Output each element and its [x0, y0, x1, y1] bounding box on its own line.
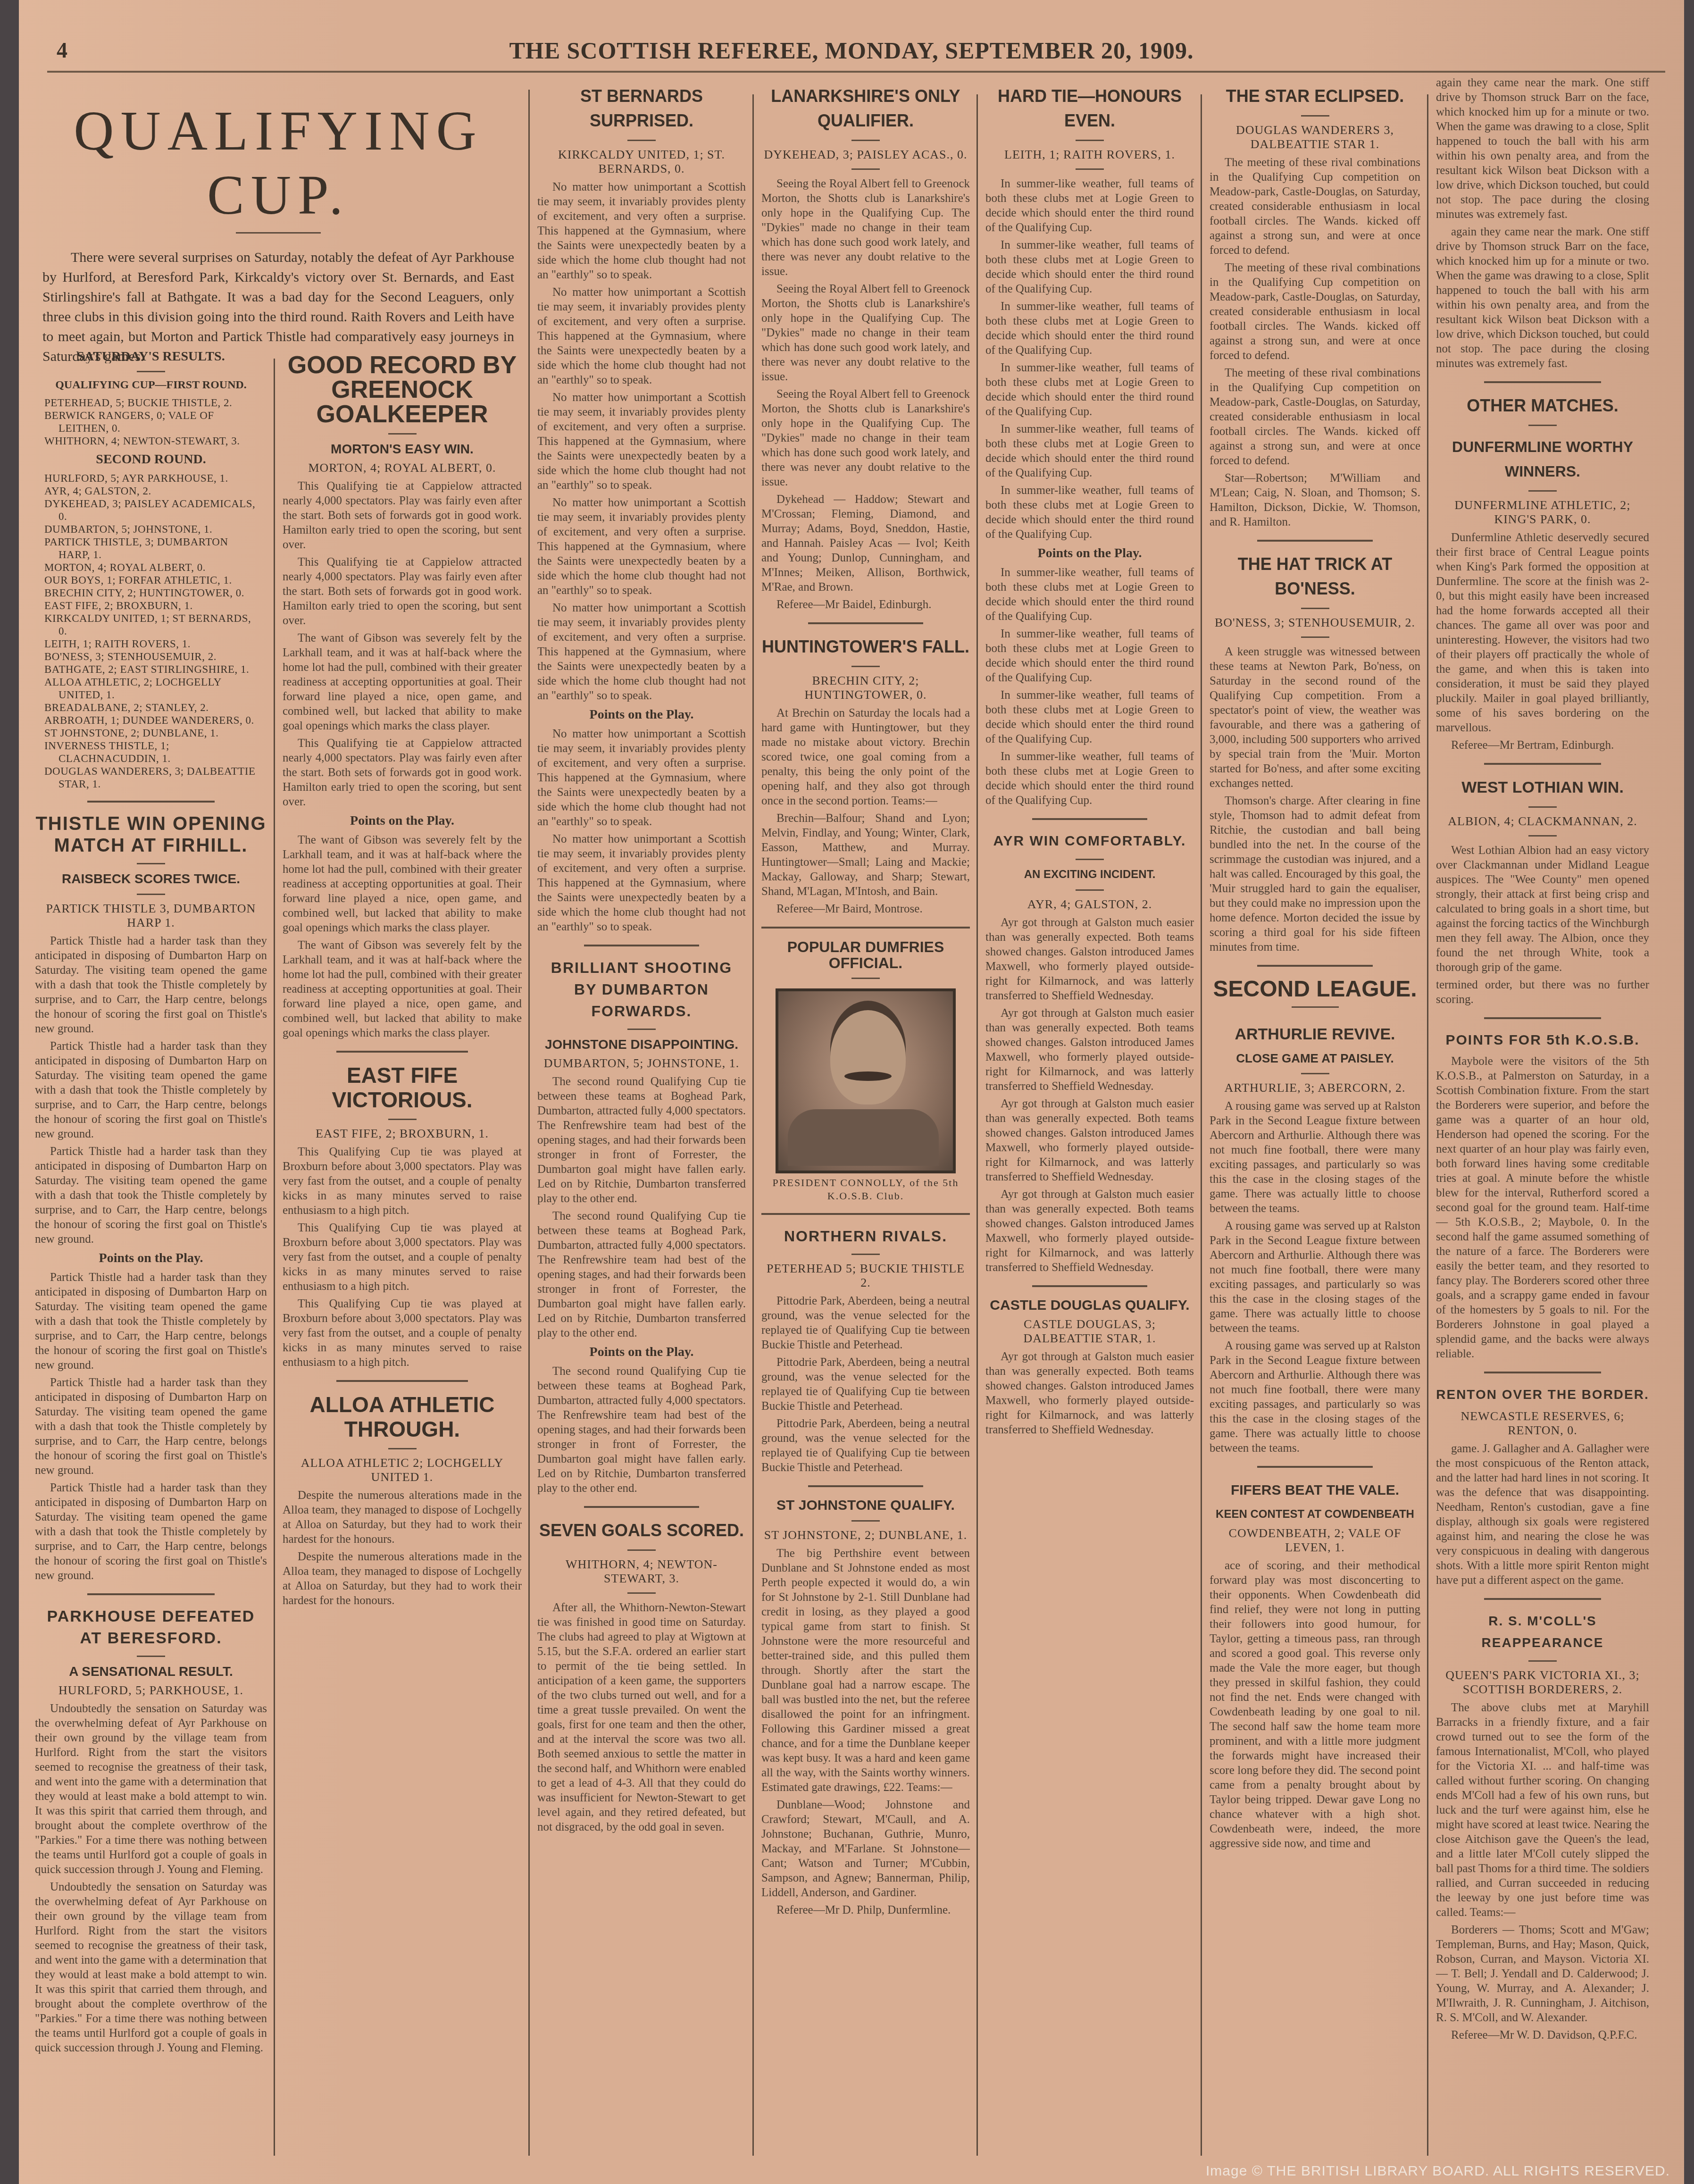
result-line: BERWICK RANGERS, 0; VALE OF LEITHEN, 0.	[40, 409, 262, 435]
eastfife-article: This Qualifying Cup tie was played at Br…	[283, 1145, 522, 1218]
renton-score: NEWCASTLE RESERVES, 6; RENTON, 0.	[1436, 1409, 1649, 1438]
photo-coat	[788, 1109, 939, 1166]
column-divider	[274, 359, 275, 2156]
parkhouse-article-cont: Undoubtedly the sensation on Saturday wa…	[35, 1880, 267, 2055]
divider	[1301, 1073, 1329, 1074]
dunfermline-score: DUNFERMLINE ATHLETIC, 2; KING'S PARK, 0.	[1436, 498, 1649, 527]
boness-article: A keen struggle was witnessed between th…	[1210, 644, 1420, 791]
masthead: 4 THE SCOTTISH REFEREE, MONDAY, SEPTEMBE…	[47, 28, 1656, 66]
points-article: The want of Gibson was severely felt by …	[283, 938, 522, 1040]
leith-article-cont: In summer-like weather, full teams of bo…	[985, 299, 1194, 358]
points-article: Partick Thistle had a harder task than t…	[35, 1270, 267, 1372]
stjohnstone-teams: Dunblane—Wood; Johnstone and Crawford; S…	[761, 1798, 970, 1900]
divider	[1528, 1660, 1557, 1662]
divider	[1484, 1372, 1602, 1373]
column-divider	[976, 94, 978, 2156]
fifers-score: COWDENBEATH, 2; VALE OF LEVEN, 1.	[1210, 1526, 1420, 1555]
result-line: INVERNESS THISTLE, 1; CLACHNACUDDIN, 1.	[40, 739, 262, 765]
divider	[851, 140, 880, 141]
stbernards-article-cont: No matter how unimportant a Scottish tie…	[537, 390, 746, 493]
divider	[808, 622, 923, 624]
dumbarton-article-cont: The second round Qualifying Cup tie betw…	[537, 1209, 746, 1340]
main-headline: QUALIFYING CUP.	[35, 99, 522, 227]
points-article: No matter how unimportant a Scottish tie…	[537, 727, 746, 829]
divider	[1301, 608, 1329, 609]
result-line: BRECHIN CITY, 2; HUNTINGTOWER, 0.	[40, 586, 262, 599]
column-1: SATURDAY'S RESULTS. QUALIFYING CUP—FIRST…	[28, 344, 274, 2165]
portrait-photo	[776, 988, 956, 1173]
points-article: In summer-like weather, full teams of bo…	[985, 688, 1194, 746]
divider	[87, 1593, 215, 1595]
parkhouse-headline: PARKHOUSE DEFEATED AT BERESFORD.	[35, 1606, 267, 1649]
greenock-article: This Qualifying tie at Cappielow attract…	[283, 479, 522, 552]
divider	[627, 1029, 656, 1030]
thistle-article: Partick Thistle had a harder task than t…	[35, 934, 267, 1036]
castle-douglas-score: CASTLE DOUGLAS, 3; DALBEATTIE STAR, 1.	[985, 1317, 1194, 1346]
points-article: In summer-like weather, full teams of bo…	[985, 565, 1194, 624]
result-line: OUR BOYS, 1; FORFAR ATHLETIC, 1.	[40, 574, 262, 586]
arthurlie-score: ARTHURLIE, 3; ABERCORN, 2.	[1210, 1081, 1420, 1095]
ayr-subheadline: AN EXCITING INCIDENT.	[985, 867, 1194, 883]
greenock-subheadline: MORTON'S EASY WIN.	[283, 441, 522, 457]
alloa-headline: ALLOA ATHLETIC THROUGH.	[283, 1392, 522, 1441]
result-line: BATHGATE, 2; EAST STIRLINGSHIRE, 1.	[40, 663, 262, 676]
divider	[1257, 540, 1373, 542]
west-lothian-score: ALBION, 4; CLACKMANNAN, 2.	[1436, 814, 1649, 828]
west-lothian-article: West Lothian Albion had an easy victory …	[1436, 843, 1649, 975]
stjohnstone-headline: ST JOHNSTONE QUALIFY.	[761, 1498, 970, 1514]
mccoll-article: The above clubs met at Maryhill Barracks…	[1436, 1700, 1649, 1920]
newspaper-title: THE SCOTTISH REFEREE, MONDAY, SEPTEMBER …	[47, 37, 1656, 64]
points-title: Points on the Play.	[537, 1344, 746, 1360]
photo-head	[830, 1010, 906, 1105]
points-article: In summer-like weather, full teams of bo…	[985, 627, 1194, 685]
northern-headline: NORTHERN RIVALS.	[761, 1225, 970, 1247]
greenock-article-cont: The want of Gibson was severely felt by …	[283, 631, 522, 733]
divider	[1528, 806, 1557, 808]
divider	[1528, 835, 1557, 837]
eastfife-article-cont: This Qualifying Cup tie was played at Br…	[283, 1297, 522, 1370]
divider	[336, 1380, 468, 1382]
stjohnstone-referee: Referee—Mr D. Philp, Dunfermline.	[761, 1903, 970, 1917]
alloa-article-cont: Despite the numerous alterations made in…	[283, 1549, 522, 1608]
arthurlie-article: A rousing game was served up at Ralston …	[1210, 1099, 1420, 1216]
alloa-score: ALLOA ATHLETIC 2; LOCHGELLY UNITED 1.	[283, 1456, 522, 1484]
scan-border-right	[1684, 0, 1694, 2184]
stbernards-score: KIRKCALDY UNITED, 1; ST. BERNARDS, 0.	[537, 148, 746, 176]
divider	[851, 978, 880, 979]
divider	[137, 863, 165, 864]
column-2: GOOD RECORD BY GREENOCK GOALKEEPER MORTO…	[276, 344, 528, 2165]
ayr-score: AYR, 4; GALSTON, 2.	[985, 897, 1194, 912]
parkhouse-subheadline: A SENSATIONAL RESULT.	[35, 1664, 267, 1680]
renton-headline: RENTON OVER THE BORDER.	[1436, 1384, 1649, 1406]
divider	[1484, 381, 1602, 383]
column-divider	[528, 90, 530, 2156]
divider	[1484, 1017, 1602, 1019]
whithorn-headline: SEVEN GOALS SCORED.	[537, 1518, 746, 1543]
leith-article-cont: In summer-like weather, full teams of bo…	[985, 422, 1194, 480]
divider	[584, 945, 699, 946]
divider	[1257, 965, 1373, 967]
points-article: Partick Thistle had a harder task than t…	[35, 1375, 267, 1478]
leith-article-cont: In summer-like weather, full teams of bo…	[985, 238, 1194, 296]
parkhouse-score: HURLFORD, 5; PARKHOUSE, 1.	[35, 1683, 267, 1698]
divider	[1528, 425, 1557, 426]
masthead-rule	[47, 71, 1665, 73]
divider	[851, 168, 880, 170]
leith-article-cont: In summer-like weather, full teams of bo…	[985, 483, 1194, 542]
greenock-article-cont: This Qualifying tie at Cappielow attract…	[283, 555, 522, 628]
ornament-divider	[1292, 1006, 1339, 1008]
photo-caption: PRESIDENT CONNOLLY, of the 5th K.O.S.B. …	[761, 1176, 970, 1203]
ornament-divider	[236, 232, 321, 234]
thistle-subheadline: RAISBECK SCORES TWICE.	[35, 871, 267, 887]
result-line: PARTICK THISTLE, 3; DUMBARTON HARP, 1.	[40, 536, 262, 561]
divider	[1076, 859, 1104, 860]
star-article-cont: The meeting of these rival combinations …	[1210, 260, 1420, 363]
photo-moustache	[844, 1071, 892, 1081]
divider	[627, 1549, 656, 1551]
newspaper-page: 4 THE SCOTTISH REFEREE, MONDAY, SEPTEMBE…	[19, 0, 1684, 2184]
renton-article: game. J. Gallagher and A. Gallagher were…	[1436, 1441, 1649, 1588]
result-line: DOUGLAS WANDERERS, 3; DALBEATTIE STAR, 1…	[40, 765, 262, 790]
column-5: HARD TIE—HONOURS EVEN. LEITH, 1; RAITH R…	[979, 75, 1201, 2165]
ayr-headline: AYR WIN COMFORTABLY.	[985, 830, 1194, 852]
divider	[1032, 1285, 1147, 1287]
leith-headline: HARD TIE—HONOURS EVEN.	[985, 84, 1194, 133]
second-round-title: SECOND ROUND.	[35, 452, 267, 467]
whithorn-score: WHITHORN, 4; NEWTON-STEWART, 3.	[537, 1557, 746, 1586]
result-line: ARBROATH, 1; DUNDEE WANDERERS, 0.	[40, 714, 262, 727]
alloa-article: Despite the numerous alterations made in…	[283, 1488, 522, 1547]
result-line: AYR, 4; GALSTON, 2.	[40, 485, 262, 497]
eastfife-article-cont: This Qualifying Cup tie was played at Br…	[283, 1221, 522, 1294]
divider	[1257, 1466, 1373, 1468]
dumbarton-score: DUMBARTON, 5; JOHNSTONE, 1.	[537, 1056, 746, 1071]
result-line: BREADALBANE, 2; STANLEY, 2.	[40, 701, 262, 714]
dunfermline-headline: DUNFERMLINE WORTHY WINNERS.	[1436, 435, 1649, 484]
northern-article: Pittodrie Park, Aberdeen, being a neutra…	[761, 1294, 970, 1352]
boness-score: BO'NESS, 3; STENHOUSEMUIR, 2.	[1210, 616, 1420, 630]
castle-douglas-article: Ayr got through at Galston much easier t…	[985, 1349, 1194, 1437]
stbernards-headline: ST BERNARDS SURPRISED.	[537, 84, 746, 133]
star-headline: THE STAR ECLIPSED.	[1210, 84, 1420, 109]
copyright-credit: Image © THE BRITISH LIBRARY BOARD. ALL R…	[1206, 2163, 1670, 2179]
result-line: DYKEHEAD, 3; PAISLEY ACADEMICALS, 0.	[40, 497, 262, 523]
divider	[1484, 763, 1602, 765]
huntingtower-teams: Brechin—Balfour; Shand and Lyon; Melvin,…	[761, 811, 970, 899]
dunfermline-article: Dunfermline Athletic deservedly secured …	[1436, 530, 1649, 735]
result-line: DUMBARTON, 5; JOHNSTONE, 1.	[40, 523, 262, 536]
star-article: The meeting of these rival combinations …	[1210, 155, 1420, 258]
divider	[1076, 889, 1104, 891]
points-article: Partick Thistle had a harder task than t…	[35, 1481, 267, 1583]
column-divider	[752, 94, 754, 2156]
thistle-article-cont: Partick Thistle had a harder task than t…	[35, 1144, 267, 1247]
divider	[851, 1254, 880, 1255]
first-round-title: QUALIFYING CUP—FIRST ROUND.	[35, 379, 267, 392]
result-line: BO'NESS, 3; STENHOUSEMUIR, 2.	[40, 650, 262, 663]
fifers-subheadline: KEEN CONTEST AT COWDENBEATH	[1210, 1506, 1420, 1523]
northern-article-cont: Pittodrie Park, Aberdeen, being a neutra…	[761, 1355, 970, 1414]
west-lothian-end: termined order, but there was no further…	[1436, 978, 1649, 1007]
divider	[627, 140, 656, 141]
kosb-headline: POINTS FOR 5th K.O.S.B.	[1436, 1029, 1649, 1051]
kosb-article: Maybole were the visitors of the 5th K.O…	[1436, 1054, 1649, 1361]
result-line: HURLFORD, 5; AYR PARKHOUSE, 1.	[40, 472, 262, 485]
lanarkshire-headline: LANARKSHIRE'S ONLY QUALIFIER.	[761, 84, 970, 133]
points-article: No matter how unimportant a Scottish tie…	[537, 832, 746, 934]
divider	[1301, 636, 1329, 638]
result-line: ALLOA ATHLETIC, 2; LOCHGELLY UNITED, 1.	[40, 676, 262, 701]
points-title: Points on the Play.	[283, 813, 522, 829]
boness-article-cont: Thomson's charge. After clearing in fine…	[1210, 794, 1420, 954]
second-round-results: HURLFORD, 5; AYR PARKHOUSE, 1.AYR, 4; GA…	[40, 472, 262, 790]
continued-article: again they came near the mark. One stiff…	[1436, 75, 1649, 222]
result-line: WHITHORN, 4; NEWTON-STEWART, 3.	[40, 435, 262, 447]
greenock-headline: GOOD RECORD BY GREENOCK GOALKEEPER	[283, 353, 522, 427]
column-3: ST BERNARDS SURPRISED. KIRKCALDY UNITED,…	[531, 75, 752, 2165]
dumbarton-article: The second round Qualifying Cup tie betw…	[537, 1074, 746, 1206]
dunfermline-referee: Referee—Mr Bertram, Edinburgh.	[1436, 738, 1649, 753]
lanarkshire-score: DYKEHEAD, 3; PAISLEY ACAS., 0.	[761, 148, 970, 162]
ayr-article-cont: Ayr got through at Galston much easier t…	[985, 1187, 1194, 1275]
stbernards-article: No matter how unimportant a Scottish tie…	[537, 180, 746, 282]
lanarkshire-teams: Dykehead — Haddow; Stewart and M'Crossan…	[761, 492, 970, 594]
west-lothian-headline: WEST LOTHIAN WIN.	[1436, 775, 1649, 800]
divider	[137, 371, 165, 372]
arthurlie-headline: ARTHURLIE REVIVE.	[1210, 1022, 1420, 1046]
second-league-headline: SECOND LEAGUE.	[1210, 977, 1420, 1002]
lanarkshire-referee: Referee—Mr Baidel, Edinburgh.	[761, 597, 970, 612]
first-round-results: PETERHEAD, 5; BUCKIE THISTLE, 2.BERWICK …	[40, 396, 262, 447]
column-7: again they came near the mark. One stiff…	[1429, 75, 1656, 2165]
thistle-score: PARTICK THISTLE 3, DUMBARTON HARP 1.	[35, 902, 267, 930]
divider	[388, 1448, 417, 1449]
divider	[584, 1506, 699, 1508]
qualifying-cup-banner: QUALIFYING CUP. There were several surpr…	[28, 80, 528, 363]
huntingtower-referee: Referee—Mr Baird, Montrose.	[761, 902, 970, 916]
arthurlie-article-cont: A rousing game was served up at Ralston …	[1210, 1219, 1420, 1336]
dumbarton-subheadline: JOHNSTONE DISAPPOINTING.	[537, 1037, 746, 1053]
stjohnstone-score: ST JOHNSTONE, 2; DUNBLANE, 1.	[761, 1528, 970, 1542]
points-title: Points on the Play.	[537, 707, 746, 723]
divider	[808, 1485, 923, 1487]
huntingtower-headline: HUNTINGTOWER'S FALL.	[761, 635, 970, 659]
lanarkshire-article-cont: Seeing the Royal Albert fell to Greenock…	[761, 387, 970, 489]
divider	[761, 927, 970, 929]
result-line: MORTON, 4; ROYAL ALBERT, 0.	[40, 561, 262, 574]
column-divider	[1201, 94, 1202, 2156]
points-title: Points on the Play.	[35, 1250, 267, 1266]
northern-score: PETERHEAD 5; BUCKIE THISTLE 2.	[761, 1262, 970, 1290]
divider	[1528, 490, 1557, 492]
result-line: ST JOHNSTONE, 2; DUNBLANE, 1.	[40, 727, 262, 739]
arthurlie-article-cont: A rousing game was served up at Ralston …	[1210, 1339, 1420, 1456]
scan-border-left	[0, 0, 19, 2184]
divider	[388, 1119, 417, 1120]
divider	[87, 801, 215, 803]
thistle-headline: THISTLE WIN OPENING MATCH AT FIRHILL.	[35, 813, 267, 856]
divider	[761, 1213, 970, 1215]
huntingtower-article: At Brechin on Saturday the locals had a …	[761, 706, 970, 808]
result-line: PETERHEAD, 5; BUCKIE THISTLE, 2.	[40, 396, 262, 409]
divider	[336, 1051, 468, 1053]
lanarkshire-article-cont: Seeing the Royal Albert fell to Greenock…	[761, 282, 970, 384]
result-line: KIRKCALDY UNITED, 1; ST BERNARDS, 0.	[40, 612, 262, 637]
stjohnstone-article: The big Perthshire event between Dunblan…	[761, 1546, 970, 1795]
points-article: In summer-like weather, full teams of bo…	[985, 749, 1194, 808]
column-6: THE STAR ECLIPSED. DOUGLAS WANDERERS 3, …	[1203, 75, 1427, 2165]
star-score: DOUGLAS WANDERERS 3, DALBEATTIE STAR 1.	[1210, 123, 1420, 151]
divider	[1301, 115, 1329, 117]
fifers-headline: FIFERS BEAT THE VALE.	[1210, 1478, 1420, 1503]
stbernards-article-cont: No matter how unimportant a Scottish tie…	[537, 285, 746, 387]
continued-article: again they came near the mark. One stiff…	[1436, 225, 1649, 371]
greenock-score: MORTON, 4; ROYAL ALBERT, 0.	[283, 461, 522, 475]
result-line: LEITH, 1; RAITH ROVERS, 1.	[40, 637, 262, 650]
parkhouse-article: Undoubtedly the sensation on Saturday wa…	[35, 1701, 267, 1877]
divider	[627, 1592, 656, 1594]
other-matches-headline: OTHER MATCHES.	[1436, 393, 1649, 418]
dumbarton-headline: BRILLIANT SHOOTING BY DUMBARTON FORWARDS…	[537, 957, 746, 1022]
divider	[388, 433, 417, 435]
fifers-article: ace of scoring, and their methodical for…	[1210, 1558, 1420, 1851]
mccoll-score: QUEEN'S PARK VICTORIA XI., 3; SCOTTISH B…	[1436, 1668, 1649, 1697]
star-article-cont: The meeting of these rival combinations …	[1210, 366, 1420, 468]
leith-score: LEITH, 1; RAITH ROVERS, 1.	[985, 148, 1194, 162]
star-teams: Star—Robertson; M'William and M'Lean; Ca…	[1210, 471, 1420, 529]
points-title: Points on the Play.	[985, 545, 1194, 561]
ayr-article: Ayr got through at Galston much easier t…	[985, 915, 1194, 1003]
arthurlie-subheadline: CLOSE GAME AT PAISLEY.	[1210, 1050, 1420, 1066]
leith-article: In summer-like weather, full teams of bo…	[985, 176, 1194, 235]
divider	[851, 666, 880, 667]
ayr-article-cont: Ayr got through at Galston much easier t…	[985, 1096, 1194, 1184]
stbernards-article-cont: No matter how unimportant a Scottish tie…	[537, 495, 746, 598]
huntingtower-score: BRECHIN CITY, 2; HUNTINGTOWER, 0.	[761, 674, 970, 702]
column-divider	[1427, 94, 1428, 2156]
points-article: The second round Qualifying Cup tie betw…	[537, 1364, 746, 1496]
castle-douglas-headline: CASTLE DOUGLAS QUALIFY.	[985, 1297, 1194, 1314]
divider	[137, 1656, 165, 1657]
points-article: The want of Gibson was severely felt by …	[283, 833, 522, 935]
boness-headline: THE HAT TRICK AT BO'NESS.	[1210, 552, 1420, 601]
results-title: SATURDAY'S RESULTS.	[35, 349, 267, 364]
thistle-article-cont: Partick Thistle had a harder task than t…	[35, 1039, 267, 1141]
divider	[137, 894, 165, 895]
ayr-article-cont: Ayr got through at Galston much easier t…	[985, 1006, 1194, 1094]
eastfife-headline: EAST FIFE VICTORIOUS.	[283, 1063, 522, 1112]
divider	[1032, 818, 1147, 820]
divider	[851, 1520, 880, 1522]
greenock-article-cont: This Qualifying tie at Cappielow attract…	[283, 736, 522, 809]
stbernards-article-cont: No matter how unimportant a Scottish tie…	[537, 601, 746, 703]
divider	[1484, 1598, 1602, 1600]
northern-article-cont: Pittodrie Park, Aberdeen, being a neutra…	[761, 1416, 970, 1475]
divider	[1076, 140, 1104, 141]
leith-article-cont: In summer-like weather, full teams of bo…	[985, 360, 1194, 419]
mccoll-teams: Borderers — Thoms; Scott and M'Gaw; Temp…	[1436, 1923, 1649, 2025]
column-4: LANARKSHIRE'S ONLY QUALIFIER. DYKEHEAD, …	[755, 75, 976, 2165]
mccoll-referee: Referee—Mr W. D. Davidson, Q.P.F.C.	[1436, 2028, 1649, 2042]
dumfries-headline: POPULAR DUMFRIES OFFICIAL.	[761, 939, 970, 971]
whithorn-article: After all, the Whithorn-Newton-Stewart t…	[537, 1600, 746, 1834]
mccoll-headline: R. S. M'COLL'S REAPPEARANCE	[1436, 1610, 1649, 1654]
eastfife-score: EAST FIFE, 2; BROXBURN, 1.	[283, 1127, 522, 1141]
lanarkshire-article: Seeing the Royal Albert fell to Greenock…	[761, 176, 970, 279]
divider	[1076, 168, 1104, 170]
result-line: EAST FIFE, 2; BROXBURN, 1.	[40, 599, 262, 612]
